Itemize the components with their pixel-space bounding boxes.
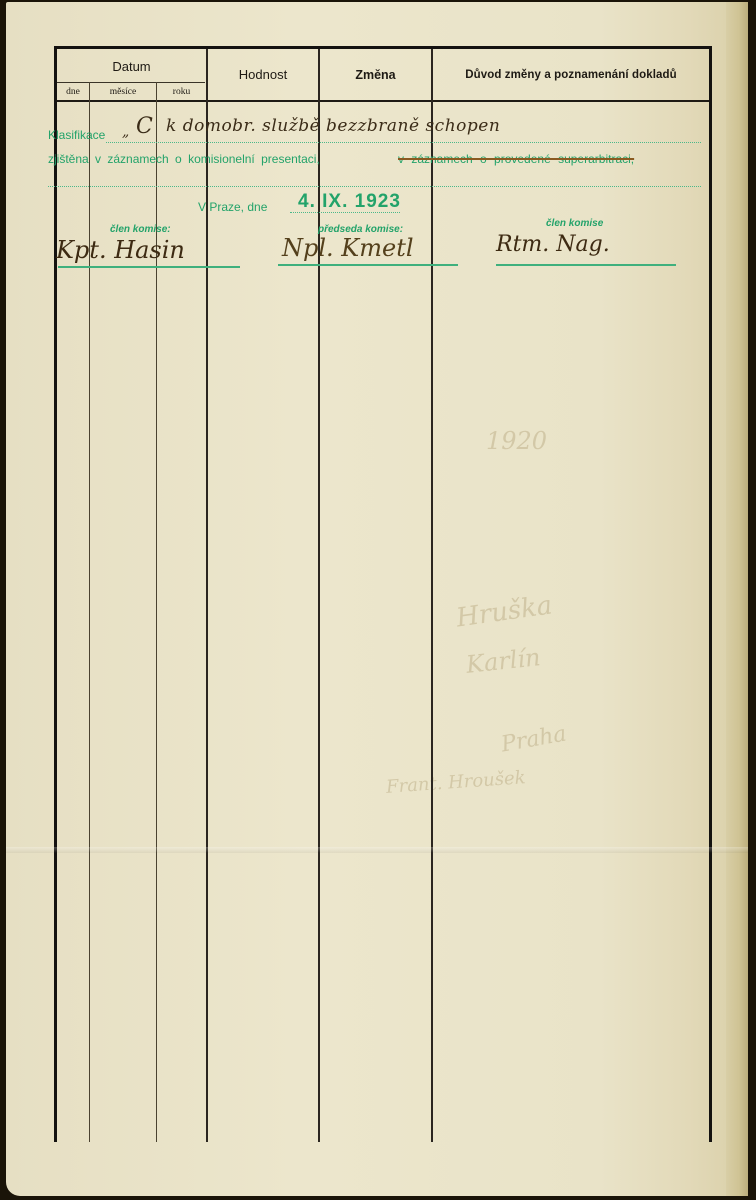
signature-line [496,264,676,266]
header-bottom-rule [57,100,709,102]
classification-category: C [136,114,153,139]
classification-label: Klasifikace [48,128,105,142]
page-edge [726,2,748,1196]
dotted-rule [290,212,400,213]
header-hodnost: Hodnost [208,49,318,100]
signature-line [278,264,458,266]
header-duvod: Důvod změny a poznamenání dokladů [433,49,709,100]
signature: Npl. Kmetl [282,234,414,262]
classification-line2-struck: v záznamech o provedené superarbitraci, [398,152,634,166]
header-datum: Datum [57,51,206,82]
header-roku: roku [157,83,206,100]
classification-line2: zjištěna v záznamech o komisionelní pres… [48,152,320,166]
header-zmena: Změna [320,49,431,100]
signature-line [58,266,240,268]
document-page: 1920 Hruška Karlín Praha Frant. Hroušek … [6,2,748,1196]
quote-mark: „ [122,124,129,140]
signature: Kpt. Hasin [56,236,185,264]
header-mesice: měsíce [90,83,156,100]
place-prefix: V Praze, dne [198,200,267,214]
dotted-rule [106,142,701,143]
classification-handwritten: k domobr. službě bezzbraně schopen [166,116,500,136]
dotted-rule [48,186,701,187]
signature-role: člen komise: [110,224,171,235]
column-divider-zmena [431,49,433,1142]
header-dne: dne [57,83,89,100]
signature: Rtm. Nag. [496,232,610,257]
signature-role: člen komise [546,218,603,229]
classification-date: 4. IX. 1923 [298,191,401,213]
